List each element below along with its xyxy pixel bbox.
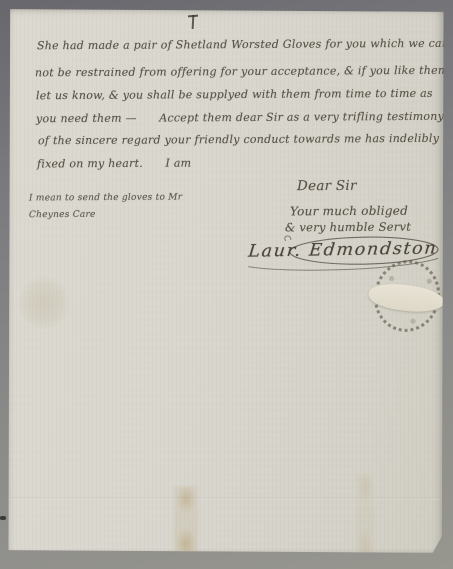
letter-compliment-line: Your much obliged — [290, 204, 408, 219]
margin-note-line: Cheynes Care — [29, 210, 96, 220]
photograph-background: She had made a pair of Shetland Worsted … — [0, 0, 453, 569]
margin-note-line: I mean to send the gloves to Mr — [29, 193, 182, 204]
letter-body-line: not be restrained from offering for your… — [35, 64, 452, 81]
seal-torn-patch — [368, 282, 446, 315]
letter-body-line: She had made a pair of Shetland Worsted … — [37, 37, 453, 54]
letter-salutation: Dear Sir — [297, 178, 357, 194]
fold-crease — [10, 497, 440, 500]
edge-speck — [0, 516, 6, 520]
signature-text: Laur. Edmondston — [247, 238, 438, 261]
pen-mark — [188, 11, 200, 29]
letter-page: She had made a pair of Shetland Worsted … — [8, 8, 444, 555]
faint-round-stain — [10, 268, 78, 338]
damp-streak — [174, 486, 198, 556]
damp-streak — [356, 474, 374, 558]
letter-body-line: fixed on my heart. I am — [37, 157, 191, 172]
letter-body-line: of the sincere regard your friendly cond… — [38, 132, 439, 148]
letter-body-line: you need them — Accept them dear Sir as … — [36, 110, 444, 126]
pen-mark-stroke — [192, 15, 194, 29]
letter-body-line: let us know, & you shall be supplyed wit… — [36, 87, 433, 103]
